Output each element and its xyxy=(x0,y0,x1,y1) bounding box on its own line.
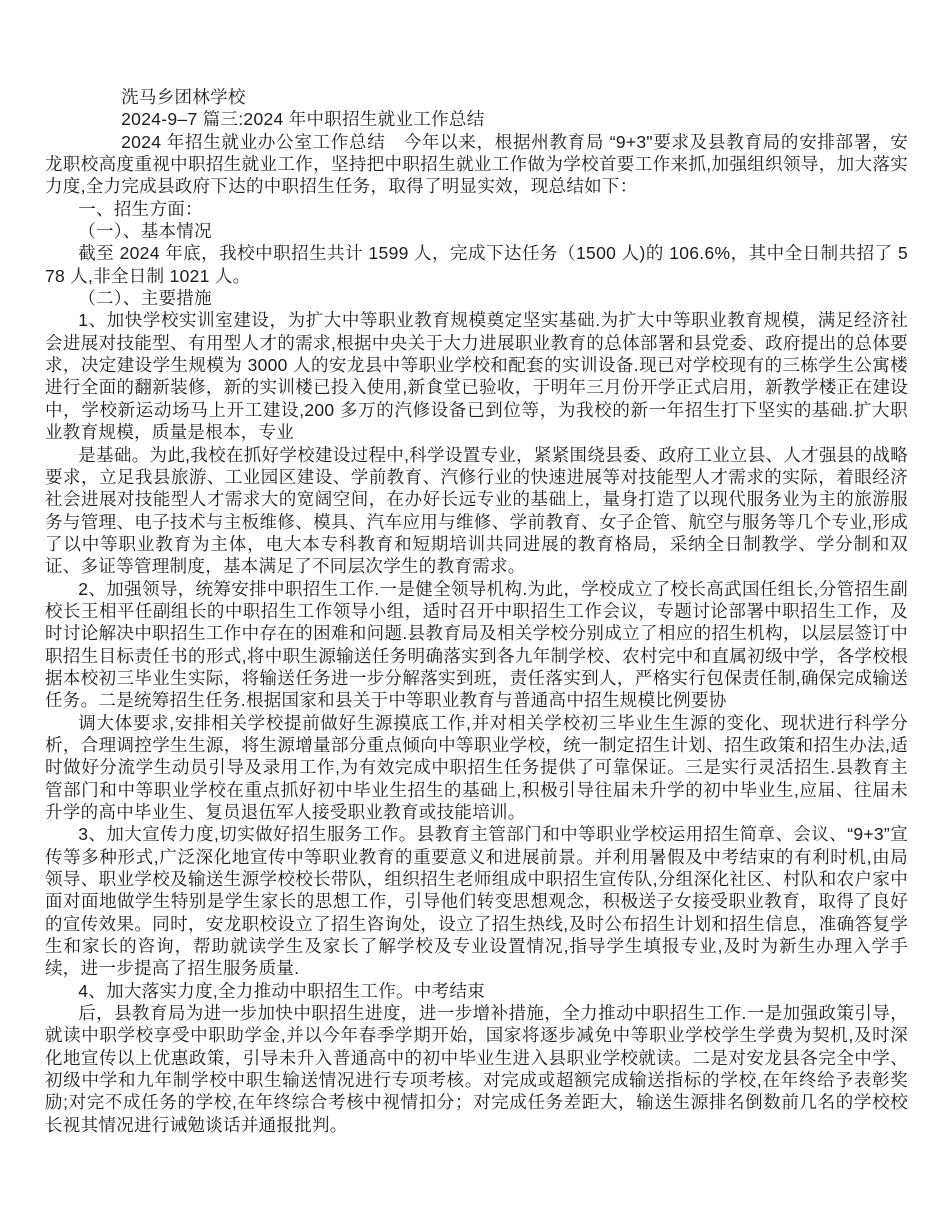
date-title-line: 2024-9–7 篇三:2024 年中职招生就业工作总结 xyxy=(45,108,908,130)
section-heading-enrollment: 一、招生方面： xyxy=(45,198,908,220)
paragraph-basic-situation: 截至 2024 年底，我校中职招生共计 1599 人，完成下达任务（1500 人… xyxy=(45,242,908,287)
paragraph-measure-3: 3、加大宣传力度,切实做好招生服务工作。县教育主管部门和中等职业学校运用招生简章… xyxy=(45,823,908,979)
subsection-heading-main-measures: （二）、主要措施 xyxy=(45,287,908,309)
paragraph-measure-2-continued: 调大体要求,安排相关学校提前做好生源摸底工作,并对相关学校初三毕业生生源的变化、… xyxy=(45,712,908,824)
paragraph-measure-2: 2、加强领导，统筹安排中职招生工作.一是健全领导机构.为此，学校成立了校长高武国… xyxy=(45,578,908,712)
paragraph-measure-1: 1、加快学校实训室建设，为扩大中等职业教育规模奠定坚实基础.为扩大中等职业教育规… xyxy=(45,309,908,443)
paragraph-measure-4-continued: 后，县教育局为进一步加快中职招生进度，进一步增补措施，全力推动中职招生工作.一是… xyxy=(45,1002,908,1136)
subsection-heading-basic-situation: （一）、基本情况 xyxy=(45,220,908,242)
document-page: 洗马乡团林学校 2024-9–7 篇三:2024 年中职招生就业工作总结 202… xyxy=(0,0,950,1230)
paragraph-measure-4-lead: 4、加大落实力度,全力推动中职招生工作。中考结束 xyxy=(45,980,908,1002)
intro-paragraph: 2024 年招生就业办公室工作总结 今年以来，根据州教育局 “9+3"要求及县教… xyxy=(45,131,908,198)
school-name-line: 洗马乡团林学校 xyxy=(45,86,908,108)
paragraph-measure-1-continued: 是基础。为此,我校在抓好学校建设过程中,科学设置专业，紧紧围绕县委、政府工业立县… xyxy=(45,444,908,578)
